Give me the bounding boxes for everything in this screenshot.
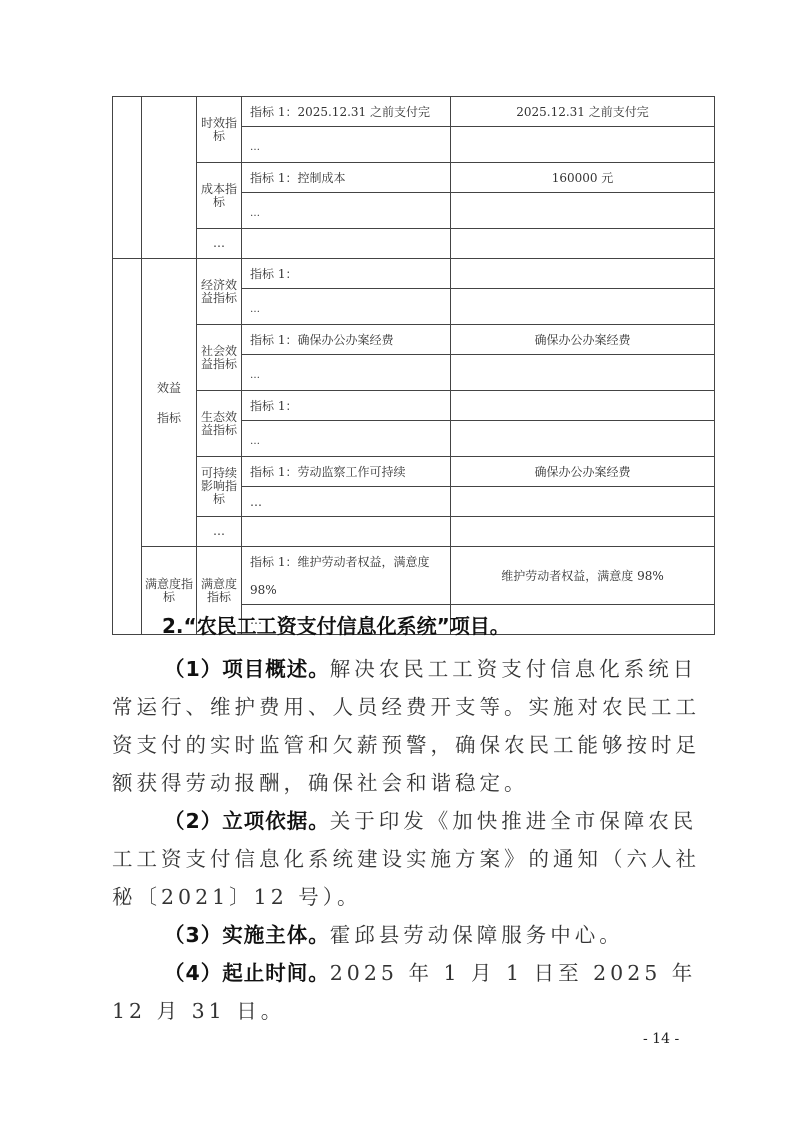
table-row: … (113, 517, 715, 547)
table-row: 效益 指标 经济效益指标 指标 1： (113, 259, 715, 289)
value-cell (451, 289, 715, 325)
indicator-cell: 指标 1： (242, 391, 451, 421)
value-cell: 2025.12.31 之前支付完 (451, 97, 715, 127)
value-cell: 确保办公办案经费 (451, 457, 715, 487)
table-row: 社会效益指标 指标 1：确保办公办案经费 确保办公办案经费 (113, 325, 715, 355)
value-cell (451, 355, 715, 391)
benefit-category-label: 效益 指标 (142, 259, 197, 547)
category-label: 成本指标 (197, 163, 242, 229)
item-basis: （2）立项依据。关于印发《加快推进全市保障农民工工资支付信息化系统建设实施方案》… (112, 802, 714, 916)
indicator-cell: … (242, 421, 451, 457)
category-label: 时效指标 (197, 97, 242, 163)
benefit-label-line1: 效益 (142, 373, 196, 403)
table-row: 时效指标 指标 1：2025.12.31 之前支付完 2025.12.31 之前… (113, 97, 715, 127)
category-label: … (197, 517, 242, 547)
indicator-cell: … (242, 487, 451, 517)
indicator-cell (242, 229, 451, 259)
category-label: 社会效益指标 (197, 325, 242, 391)
indicator-cell: … (242, 289, 451, 325)
indicator-cell: 指标 1：控制成本 (242, 163, 451, 193)
table-row: 可持续影响指标 指标 1：劳动监察工作可持续 确保办公办案经费 (113, 457, 715, 487)
value-cell (451, 193, 715, 229)
value-cell (451, 517, 715, 547)
value-cell: 160000 元 (451, 163, 715, 193)
item-text: 霍邱县劳动保障服务中心。 (330, 923, 624, 947)
page-number: - 14 - (643, 1031, 679, 1047)
item-label: （2）立项依据。 (164, 809, 330, 833)
value-cell (451, 487, 715, 517)
indicator-cell: 指标 1： (242, 259, 451, 289)
category-label: … (197, 229, 242, 259)
category-label: 生态效益指标 (197, 391, 242, 457)
indicator-cell: 指标 1：2025.12.31 之前支付完 (242, 97, 451, 127)
cell-blank-col1 (142, 97, 197, 259)
category-label: 可持续影响指标 (197, 457, 242, 517)
value-cell (451, 259, 715, 289)
item-label: （1）项目概述。 (164, 657, 330, 681)
section-heading: 2.“农民工工资支付信息化系统”项目。 (162, 610, 510, 639)
cell-blank-col0 (113, 259, 142, 635)
indicator-cell (242, 517, 451, 547)
cell-blank-col0 (113, 97, 142, 259)
table-row: 生态效益指标 指标 1： (113, 391, 715, 421)
performance-indicator-table: 时效指标 指标 1：2025.12.31 之前支付完 2025.12.31 之前… (112, 96, 715, 635)
item-period: （4）起止时间。2025 年 1 月 1 日至 2025 年 12 月 31 日… (112, 954, 714, 1030)
item-label: （3）实施主体。 (164, 923, 330, 947)
item-overview: （1）项目概述。解决农民工工资支付信息化系统日常运行、维护费用、人员经费开支等。… (112, 650, 714, 802)
indicator-cell: … (242, 127, 451, 163)
table-row: … (113, 229, 715, 259)
table-row: 成本指标 指标 1：控制成本 160000 元 (113, 163, 715, 193)
benefit-label-line2: 指标 (142, 403, 196, 433)
item-label: （4）起止时间。 (164, 961, 330, 985)
value-cell (451, 421, 715, 457)
table-row: 满意度指标 满意度指标 指标 1：维护劳动者权益，满意度 98% 维护劳动者权益… (113, 547, 715, 605)
category-label: 经济效益指标 (197, 259, 242, 325)
value-cell: 维护劳动者权益，满意度 98% (451, 547, 715, 605)
value-cell (451, 229, 715, 259)
indicator-cell: 指标 1：确保办公办案经费 (242, 325, 451, 355)
value-cell: 确保办公办案经费 (451, 325, 715, 355)
indicator-cell: 指标 1：维护劳动者权益，满意度 98% (242, 547, 451, 605)
value-cell (451, 391, 715, 421)
indicator-cell: … (242, 355, 451, 391)
value-cell (451, 127, 715, 163)
indicator-cell: … (242, 193, 451, 229)
indicator-cell: 指标 1：劳动监察工作可持续 (242, 457, 451, 487)
item-implementer: （3）实施主体。霍邱县劳动保障服务中心。 (112, 916, 714, 954)
